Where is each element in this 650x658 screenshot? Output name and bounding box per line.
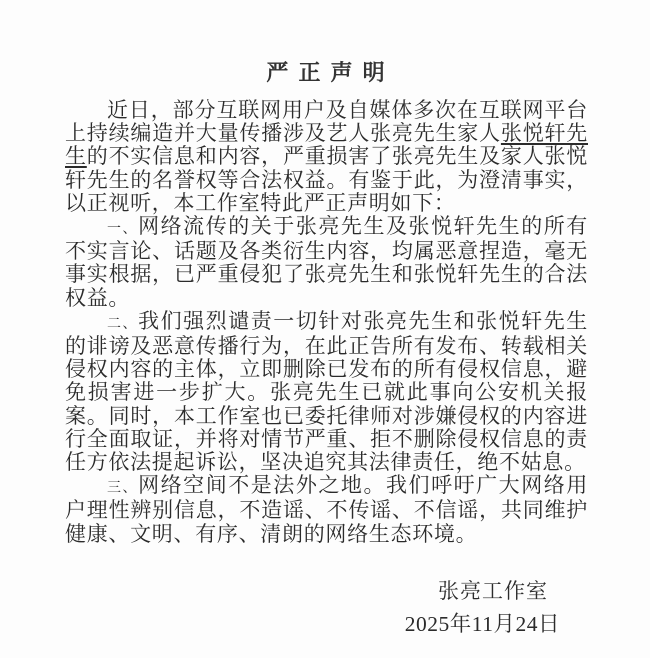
- statement-item-1: 一、网络流传的关于张亮先生及张悦轩先生的所有不实言论、话题及各类衍生内容，均属恶…: [65, 215, 588, 310]
- item-2-marker: 二、: [107, 315, 138, 331]
- statement-body: 近日，部分互联网用户及自媒体多次在互联网平台上持续编造并大量传播涉及艺人张亮先生…: [65, 99, 588, 546]
- signature-block: 张亮工作室 2025年11月24日: [65, 575, 588, 638]
- intro-text-after: 的不实信息和内容，严重损害了张亮先生及家人张悦轩先生的名誉权等合法权益。有鉴于此…: [65, 145, 588, 214]
- date: 2025年11月24日: [65, 607, 560, 638]
- statement-document: 严 正 声 明 近日，部分互联网用户及自媒体多次在互联网平台上持续编造并大量传播…: [0, 0, 650, 638]
- item-1-text: 网络流传的关于张亮先生及张悦轩先生的所有不实言论、话题及各类衍生内容，均属恶意捏…: [65, 215, 588, 310]
- statement-item-3: 三、网络空间不是法外之地。我们呼吁广大网络用户理性辨别信息，不造谣、不传谣、不信…: [65, 474, 588, 546]
- intro-paragraph: 近日，部分互联网用户及自媒体多次在互联网平台上持续编造并大量传播涉及艺人张亮先生…: [65, 99, 588, 215]
- statement-page: 严 正 声 明 近日，部分互联网用户及自媒体多次在互联网平台上持续编造并大量传播…: [0, 0, 650, 658]
- item-2-text: 我们强烈谴责一切针对张亮先生和张悦轩先生的诽谤及恶意传播行为，在此正告所有发布、…: [65, 310, 588, 474]
- item-1-marker: 一、: [107, 220, 138, 236]
- item-3-marker: 三、: [107, 479, 138, 495]
- statement-item-2: 二、我们强烈谴责一切针对张亮先生和张悦轩先生的诽谤及恶意传播行为，在此正告所有发…: [65, 310, 588, 474]
- item-3-text: 网络空间不是法外之地。我们呼吁广大网络用户理性辨别信息，不造谣、不传谣、不信谣，…: [65, 474, 588, 545]
- page-title: 严 正 声 明: [65, 56, 588, 87]
- signature: 张亮工作室: [65, 575, 560, 605]
